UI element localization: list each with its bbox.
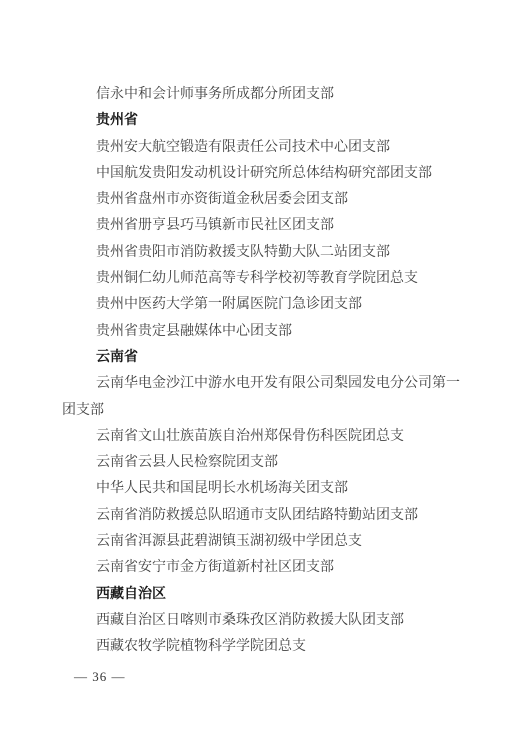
province-section: 贵州省 贵州安大航空锻造有限责任公司技术中心团支部 中国航发贵阳发动机设计研究所… bbox=[62, 108, 468, 345]
list-item: 贵州铜仁幼儿师范高等专科学校初等教育学院团总支 bbox=[62, 266, 468, 292]
list-item: 贵州省盘州市亦资街道金秋居委会团支部 bbox=[62, 187, 468, 213]
list-item: 贵州中医药大学第一附属医院门急诊团支部 bbox=[62, 292, 468, 318]
list-item: 云南省文山壮族苗族自治州郑保骨伤科医院团总支 bbox=[62, 424, 468, 450]
document-body: 信永中和会计师事务所成都分所团支部 贵州省 贵州安大航空锻造有限责任公司技术中心… bbox=[62, 82, 468, 661]
document-page: 信永中和会计师事务所成都分所团支部 贵州省 贵州安大航空锻造有限责任公司技术中心… bbox=[0, 0, 530, 748]
list-item: 中华人民共和国昆明长水机场海关团支部 bbox=[62, 476, 468, 502]
province-heading: 贵州省 bbox=[62, 108, 468, 134]
province-section: 云南省 云南华电金沙江中游水电开发有限公司梨园发电分公司第一团支部 云南省文山壮… bbox=[62, 345, 468, 582]
list-item: 云南省云县人民检察院团支部 bbox=[62, 450, 468, 476]
page-number: — 36 — bbox=[74, 668, 126, 686]
list-item: 信永中和会计师事务所成都分所团支部 bbox=[62, 82, 468, 108]
list-item: 中国航发贵阳发动机设计研究所总体结构研究部团支部 bbox=[62, 161, 468, 187]
province-heading: 西藏自治区 bbox=[62, 582, 468, 608]
list-item: 云南省消防救援总队昭通市支队团结路特勤站团支部 bbox=[62, 503, 468, 529]
list-item: 贵州安大航空锻造有限责任公司技术中心团支部 bbox=[62, 135, 468, 161]
list-item: 贵州省册亨县巧马镇新市民社区团支部 bbox=[62, 213, 468, 239]
list-item: 贵州省贵定县融媒体中心团支部 bbox=[62, 319, 468, 345]
province-section: 西藏自治区 西藏自治区日喀则市桑珠孜区消防救援大队团支部 西藏农牧学院植物科学学… bbox=[62, 582, 468, 661]
list-item: 西藏农牧学院植物科学学院团总支 bbox=[62, 634, 468, 660]
list-item: 西藏自治区日喀则市桑珠孜区消防救援大队团支部 bbox=[62, 608, 468, 634]
province-heading: 云南省 bbox=[62, 345, 468, 371]
list-item: 云南省洱源县茈碧湖镇玉湖初级中学团总支 bbox=[62, 529, 468, 555]
province-section: 信永中和会计师事务所成都分所团支部 bbox=[62, 82, 468, 108]
list-item: 云南华电金沙江中游水电开发有限公司梨园发电分公司第一团支部 bbox=[62, 371, 468, 424]
list-item: 贵州省贵阳市消防救援支队特勤大队二站团支部 bbox=[62, 240, 468, 266]
list-item: 云南省安宁市金方街道新村社区团支部 bbox=[62, 555, 468, 581]
